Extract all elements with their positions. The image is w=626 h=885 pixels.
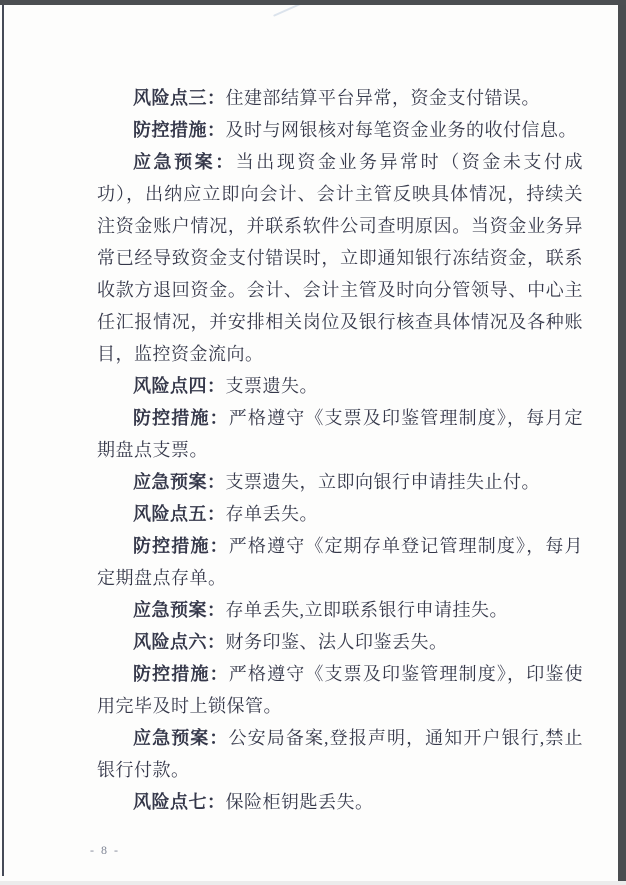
prevention-3-label: 防控措施： xyxy=(133,120,226,140)
paragraph-emergency-3: 应急预案：当出现资金业务异常时（资金未支付成功），出纳应立即向会计、会计主管反映… xyxy=(97,146,583,370)
risk-point-3-text: 住建部结算平台异常，资金支付错误。 xyxy=(226,88,541,108)
prevention-4-label: 防控措施： xyxy=(133,408,229,428)
scan-border-bottom xyxy=(0,881,626,885)
risk-point-5-text: 存单丢失。 xyxy=(226,504,319,524)
prevention-3-text: 及时与网银核对每笔资金业务的收付信息。 xyxy=(226,120,578,140)
emergency-5-text: 存单丢失,立即联系银行申请挂失。 xyxy=(226,600,509,620)
paragraph-prevention-5: 防控措施：严格遵守《定期存单登记管理制度》，每月定期盘点存单。 xyxy=(97,530,583,594)
paragraph-emergency-6: 应急预案：公安局备案,登报声明，通知开户银行,禁止银行付款。 xyxy=(97,722,583,786)
scan-border-left xyxy=(2,4,4,876)
paragraph-risk-point-5: 风险点五：存单丢失。 xyxy=(97,498,583,530)
emergency-4-label: 应急预案： xyxy=(133,472,226,492)
prevention-5-label: 防控措施： xyxy=(133,536,229,556)
paragraph-emergency-5: 应急预案：存单丢失,立即联系银行申请挂失。 xyxy=(97,594,583,626)
risk-point-4-text: 支票遗失。 xyxy=(226,376,319,396)
paragraph-prevention-3: 防控措施：及时与网银核对每笔资金业务的收付信息。 xyxy=(97,114,583,146)
emergency-3-text: 当出现资金业务异常时（资金未支付成功），出纳应立即向会计、会计主管反映具体情况，… xyxy=(97,152,583,364)
emergency-6-label: 应急预案： xyxy=(133,728,229,748)
emergency-4-text: 支票遗失，立即向银行申请挂失止付。 xyxy=(226,472,541,492)
paragraph-risk-point-3: 风险点三：住建部结算平台异常，资金支付错误。 xyxy=(97,82,583,114)
paragraph-risk-point-7: 风险点七：保险柜钥匙丢失。 xyxy=(97,786,583,818)
paragraph-prevention-6: 防控措施：严格遵守《支票及印鉴管理制度》，印鉴使用完毕及时上锁保管。 xyxy=(97,658,583,722)
emergency-3-label: 应急预案： xyxy=(133,152,236,172)
paragraph-risk-point-4: 风险点四：支票遗失。 xyxy=(97,370,583,402)
risk-point-6-text: 财务印鉴、法人印鉴丢失。 xyxy=(226,632,448,652)
risk-point-7-label: 风险点七： xyxy=(133,792,226,812)
risk-point-7-text: 保险柜钥匙丢失。 xyxy=(226,792,374,812)
risk-point-3-label: 风险点三： xyxy=(133,88,226,108)
page-number: - 8 - xyxy=(90,843,120,858)
emergency-5-label: 应急预案： xyxy=(133,600,226,620)
paragraph-prevention-4: 防控措施：严格遵守《支票及印鉴管理制度》，每月定期盘点支票。 xyxy=(97,402,583,466)
prevention-6-label: 防控措施： xyxy=(133,664,229,684)
scan-border-right xyxy=(618,0,626,881)
paragraph-risk-point-6: 风险点六：财务印鉴、法人印鉴丢失。 xyxy=(97,626,583,658)
risk-point-5-label: 风险点五： xyxy=(133,504,226,524)
scan-border-top xyxy=(0,0,626,5)
paragraph-emergency-4: 应急预案：支票遗失，立即向银行申请挂失止付。 xyxy=(97,466,583,498)
document-text-block: 风险点三：住建部结算平台异常，资金支付错误。 防控措施：及时与网银核对每笔资金业… xyxy=(97,82,583,818)
risk-point-4-label: 风险点四： xyxy=(133,376,226,396)
risk-point-6-label: 风险点六： xyxy=(133,632,226,652)
